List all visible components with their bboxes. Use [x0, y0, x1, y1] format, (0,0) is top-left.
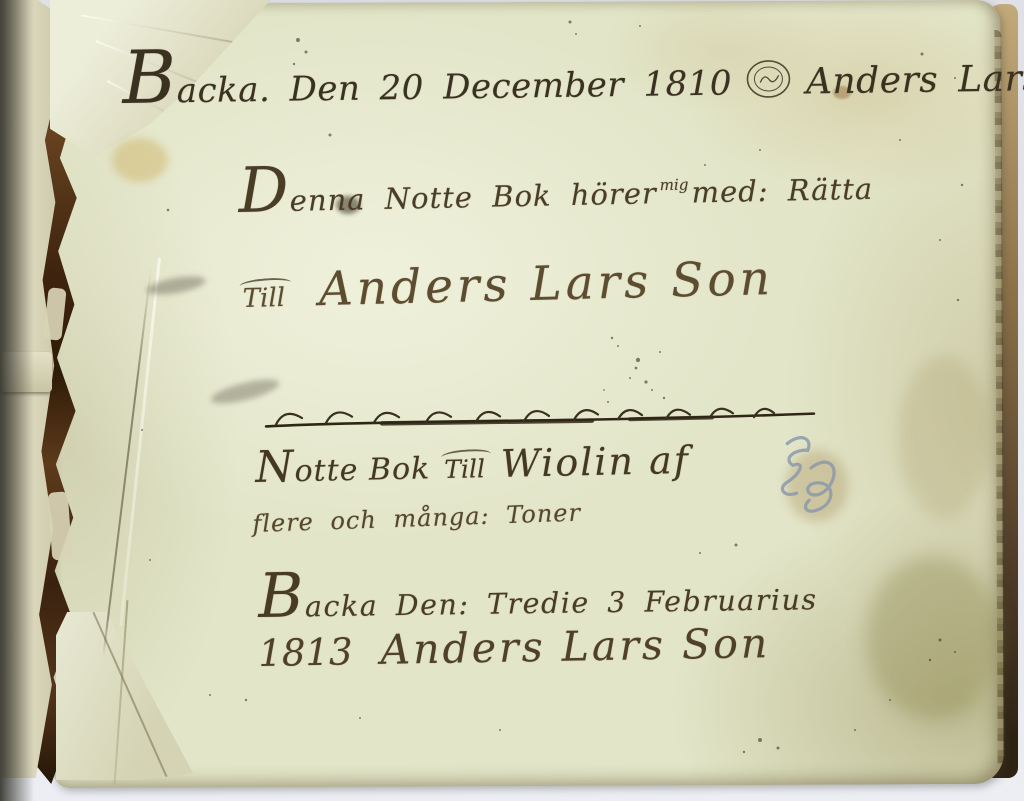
monogram-flourish	[746, 58, 793, 101]
inscription-line-8: 1813Anders Lars Son	[258, 623, 771, 673]
till-text: Till	[242, 285, 285, 312]
place-date-text: Backa. Den 20 December 1810	[122, 63, 732, 112]
owner-name-1813: Anders Lars Son	[380, 619, 770, 674]
inscription-line-3: TillAnders Lars Son	[242, 255, 774, 315]
superscript-mig: mig	[659, 176, 688, 195]
divider-flourish	[262, 394, 822, 439]
scanner-background: Backa. Den 20 December 1810 Anders Larss…	[0, 0, 1024, 801]
violin-text: Wiolin af	[500, 438, 690, 486]
notebook-part1: Notte Bok	[255, 451, 431, 490]
till-text-2: Till	[444, 456, 485, 482]
pencil-scribble	[756, 426, 868, 538]
inscription-line-5: Notte BokTillWiolin af	[255, 441, 690, 488]
year-text: 1813	[258, 630, 353, 675]
inscription-line-7: Backa Den: Tredie 3 Februarius	[258, 566, 818, 622]
owner-name-text: Anders Larsson	[806, 57, 1024, 102]
owner-name-large: Anders Lars Son	[318, 251, 774, 317]
dedication-part2: med: Rätta	[691, 172, 873, 210]
